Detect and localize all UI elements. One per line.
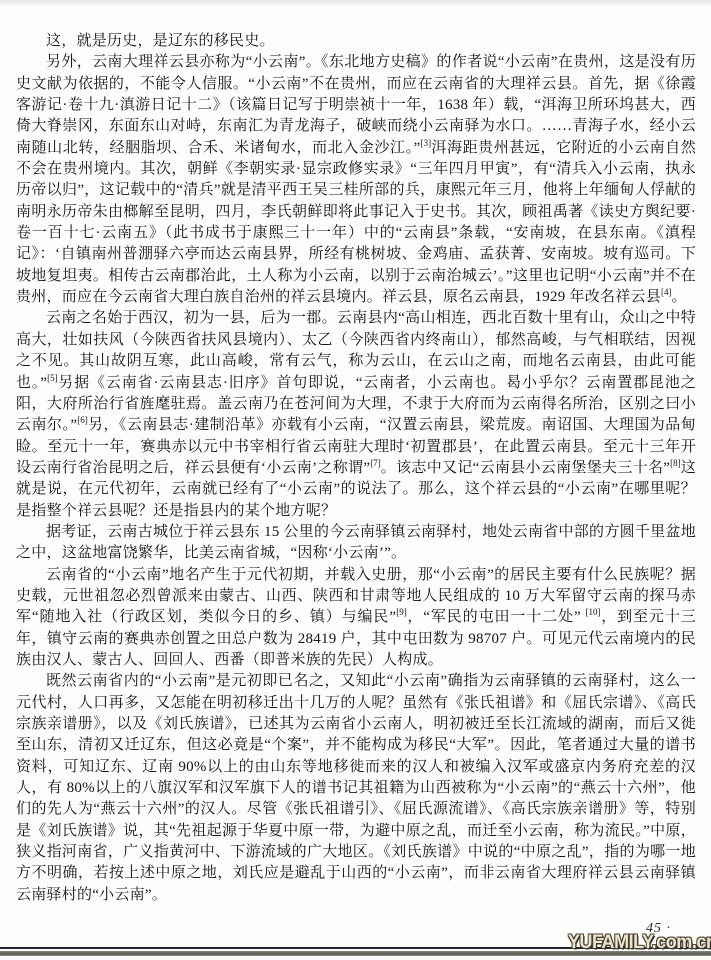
paragraph-text: 。 — [672, 289, 687, 305]
paragraph-text: ，“军民的屯田一十二处” — [407, 609, 586, 625]
watermark: YUFAMILY.com.cn — [568, 932, 711, 954]
paragraph-text: 洱海距贵州甚远，它附近的小云南自然不会在贵州境内。其次，朝鲜《李朝实录·显宗政修… — [16, 140, 696, 305]
footnote-ref: [3] — [421, 138, 432, 148]
paragraph-text: 这，就是历史，是辽东的移民史。 — [46, 33, 275, 49]
paragraph-text: 既然云南省内的“小云南”是元初即已名之，又知此“小云南”确指为云南驿镇的云南驿村… — [16, 673, 696, 902]
document-body: 这，就是历史，是辽东的移民史。另外，云南大理祥云县亦称为“小云南”。《东北地方史… — [16, 31, 696, 906]
footnote-ref: [8] — [670, 458, 681, 468]
paragraph: 另外，云南大理祥云县亦称为“小云南”。《东北地方史稿》的作者说“小云南”在贵州，… — [16, 52, 696, 308]
footnote-ref: [6] — [77, 415, 88, 425]
footnote-ref: [4] — [661, 287, 672, 297]
footnote-ref: [9] — [396, 607, 407, 617]
paragraph: 这，就是历史，是辽东的移民史。 — [16, 31, 696, 52]
paragraph-text: 据考证，云南古城位于祥云县东 15 公里的今云南驿镇云南驿村，地处云南省中部的方… — [16, 524, 696, 561]
footnote-ref: [7] — [370, 458, 381, 468]
paragraph: 既然云南省内的“小云南”是元初即已名之，又知此“小云南”确指为云南驿镇的云南驿村… — [16, 671, 696, 906]
footnote-ref: [10] — [586, 607, 601, 617]
paragraph-text: 。该志中又记“云南县小云南堡堡夫三十名” — [381, 460, 670, 476]
paragraph: 云南之名始于西汉，初为一县，后为一郡。云南县内“高山相连，西北百数十里有山，众山… — [16, 308, 696, 521]
footnote-ref: [5] — [47, 373, 58, 383]
page-number: 45 · — [646, 921, 671, 937]
paragraph: 据考证，云南古城位于祥云县东 15 公里的今云南驿镇云南驿村，地处云南省中部的方… — [16, 522, 696, 565]
scan-top-edge — [0, 0, 711, 7]
paragraph: 云南省的“小云南”地名产生于元代初期，并载入史册，那“小云南”的居民主要有什么民… — [16, 565, 696, 672]
document-page: 这，就是历史，是辽东的移民史。另外，云南大理祥云县亦称为“小云南”。《东北地方史… — [0, 0, 711, 960]
